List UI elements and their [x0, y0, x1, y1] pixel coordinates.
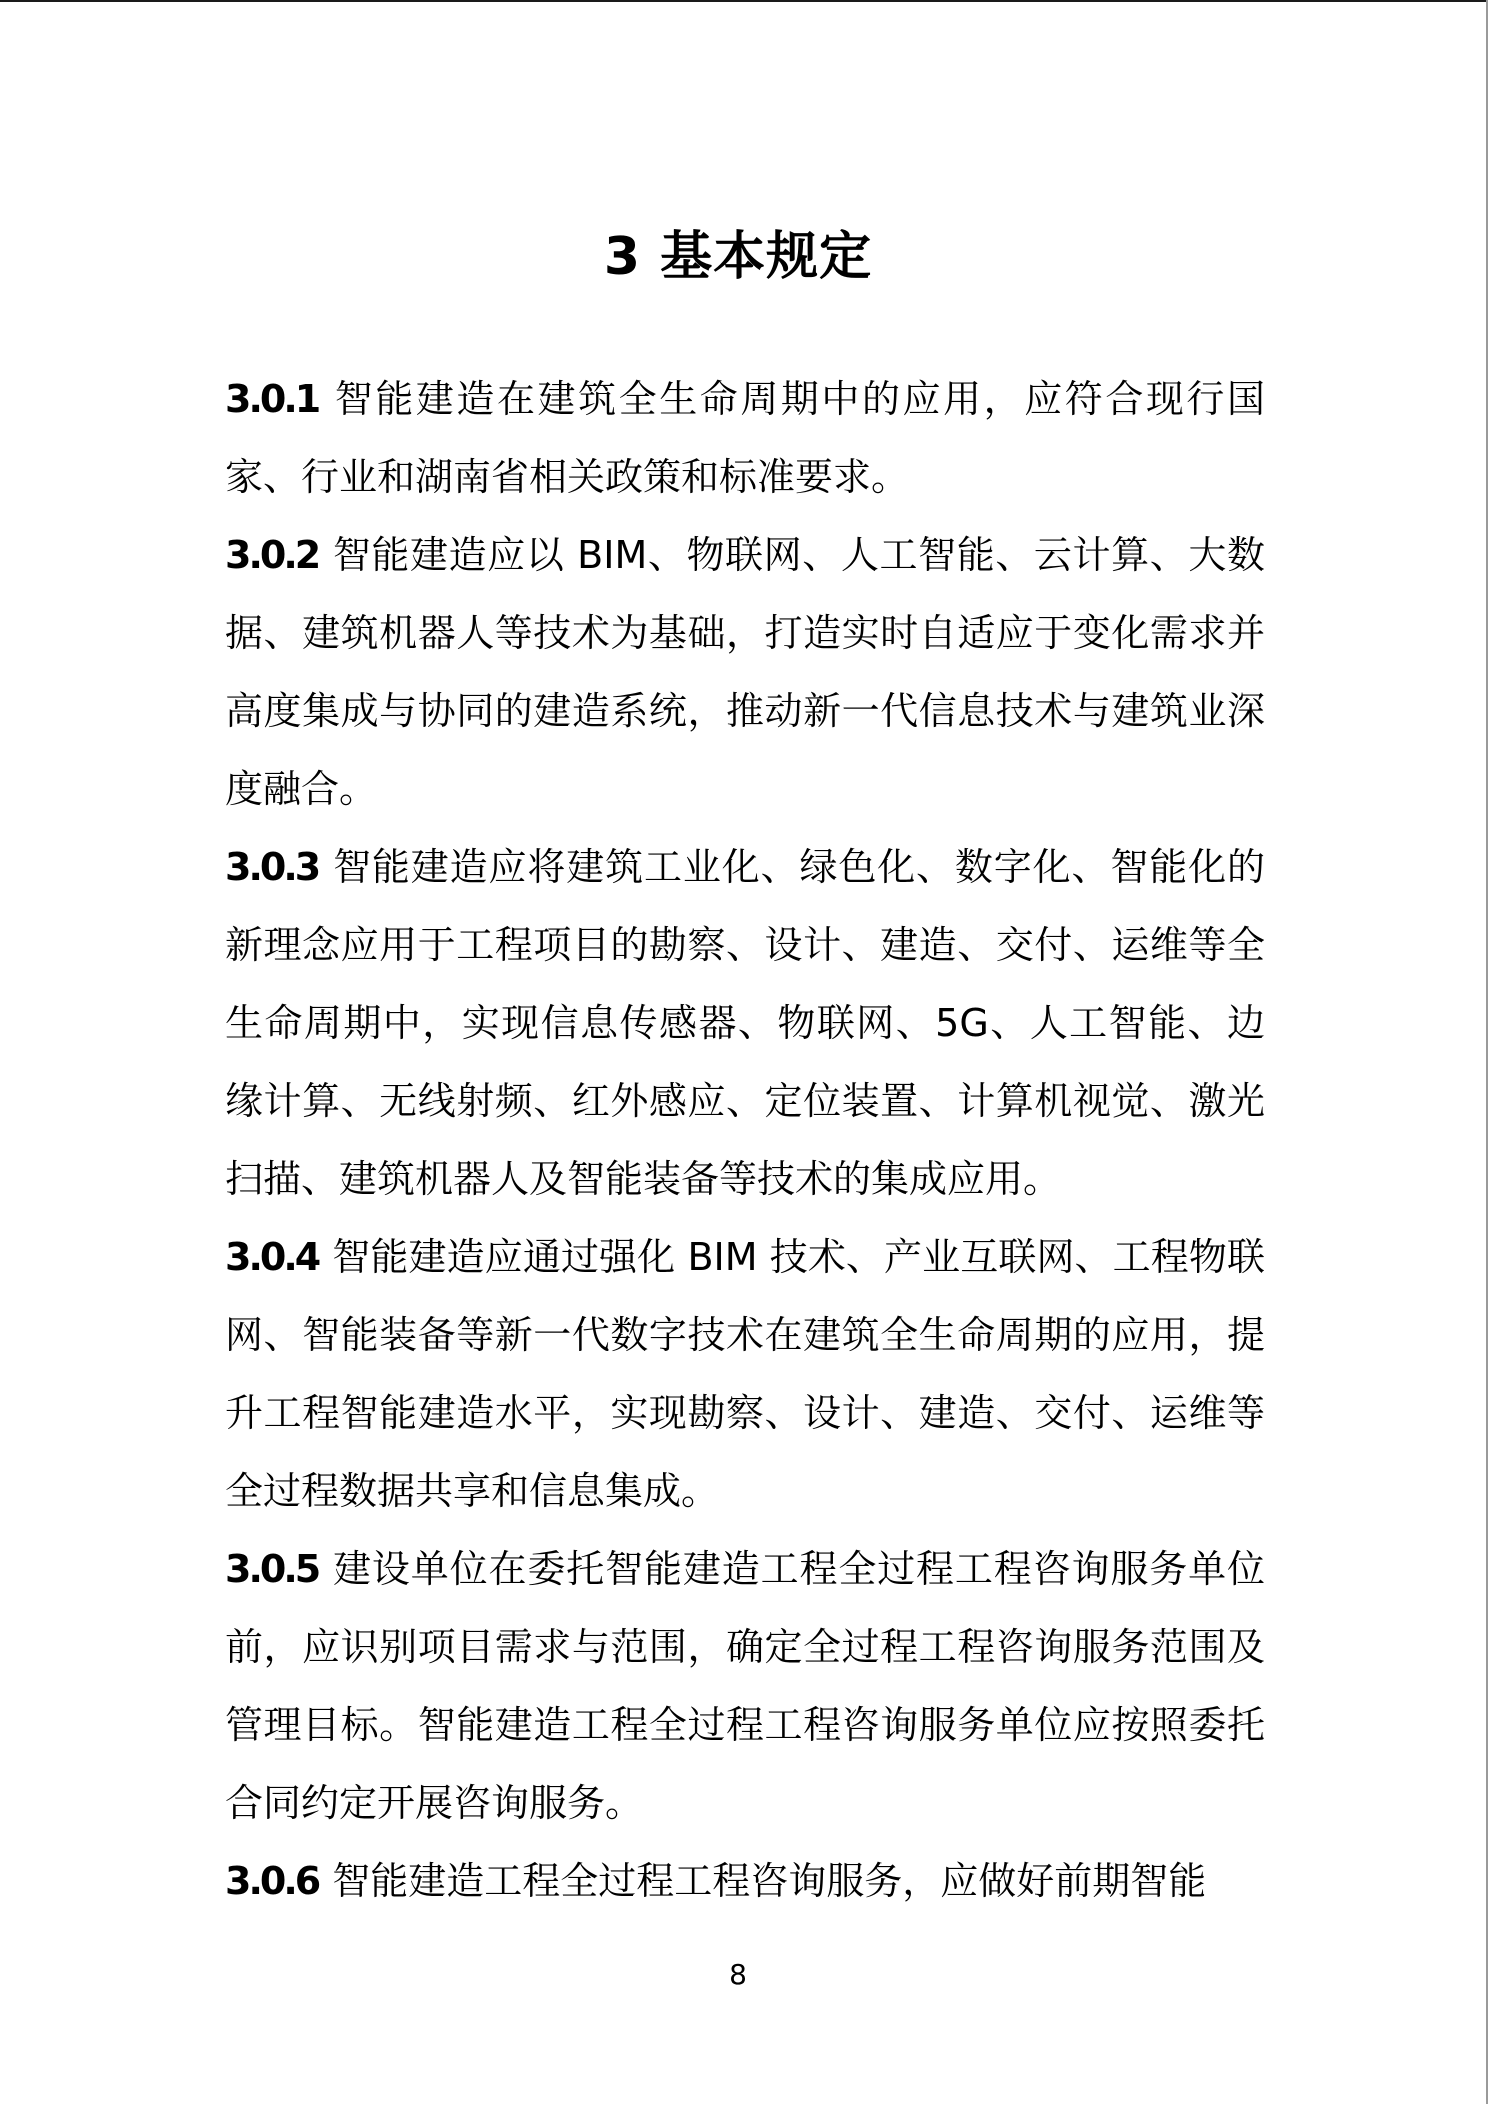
clause-number: 3.0.5 [225, 1547, 318, 1591]
clause-3-0-3: 3.0.3智能建造应将建筑工业化、绿色化、数字化、智能化的新理念应用于工程项目的… [225, 828, 1265, 1218]
clause-text: 智能建造在建筑全生命周期中的应用，应符合现行国家、行业和湖南省相关政策和标准要求… [225, 377, 1265, 499]
chapter-title: 3 基本规定 [0, 221, 1476, 293]
clause-text: 建设单位在委托智能建造工程全过程工程咨询服务单位前，应识别项目需求与范围，确定全… [225, 1547, 1265, 1825]
clause-3-0-1: 3.0.1智能建造在建筑全生命周期中的应用，应符合现行国家、行业和湖南省相关政策… [225, 360, 1265, 516]
clause-number: 3.0.3 [225, 845, 318, 889]
clause-3-0-5: 3.0.5建设单位在委托智能建造工程全过程工程咨询服务单位前，应识别项目需求与范… [225, 1530, 1265, 1842]
clause-number: 3.0.1 [225, 377, 318, 421]
clause-number: 3.0.4 [225, 1235, 318, 1279]
document-body: 3.0.1智能建造在建筑全生命周期中的应用，应符合现行国家、行业和湖南省相关政策… [225, 360, 1265, 1920]
clause-3-0-6: 3.0.6智能建造工程全过程工程咨询服务，应做好前期智能 [225, 1842, 1265, 1920]
clause-text: 智能建造应将建筑工业化、绿色化、数字化、智能化的新理念应用于工程项目的勘察、设计… [225, 845, 1265, 1201]
clause-text: 智能建造工程全过程工程咨询服务，应做好前期智能 [332, 1859, 1206, 1903]
clause-3-0-4: 3.0.4智能建造应通过强化 BIM 技术、产业互联网、工程物联网、智能装备等新… [225, 1218, 1265, 1530]
clause-text: 智能建造应通过强化 BIM 技术、产业互联网、工程物联网、智能装备等新一代数字技… [225, 1235, 1265, 1513]
page-number: 8 [0, 1955, 1476, 1995]
clause-3-0-2: 3.0.2智能建造应以 BIM、物联网、人工智能、云计算、大数据、建筑机器人等技… [225, 516, 1265, 828]
page-top-border [0, 0, 1488, 2]
clause-number: 3.0.6 [225, 1859, 318, 1903]
clause-number: 3.0.2 [225, 533, 318, 577]
clause-text: 智能建造应以 BIM、物联网、人工智能、云计算、大数据、建筑机器人等技术为基础，… [225, 533, 1265, 811]
